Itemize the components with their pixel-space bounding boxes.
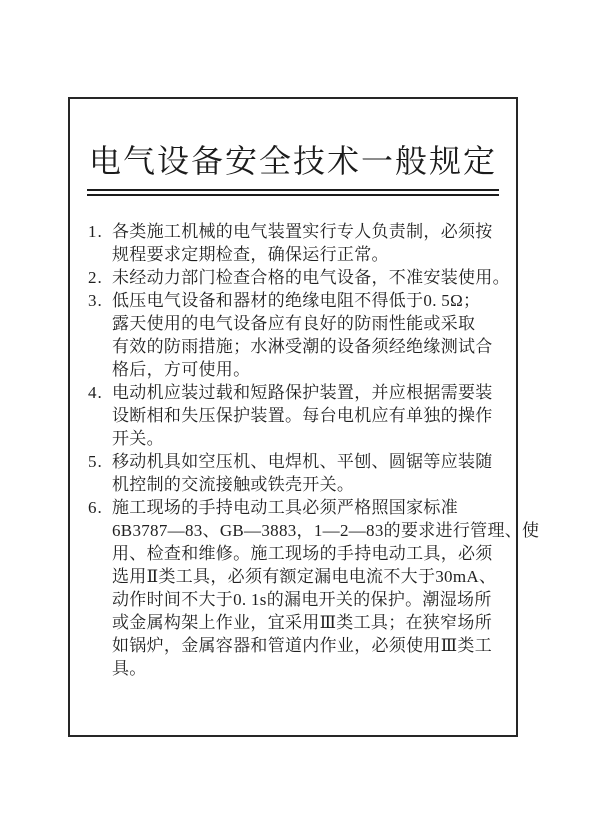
regulation-item: 5.移动机具如空压机、电焊机、平刨、圆锯等应装随机控制的交流接触或铁壳开关。: [88, 450, 512, 496]
document-page: 电气设备安全技术一般规定 1.各类施工机械的电气装置实行专人负责制，必须按规程要…: [0, 0, 590, 835]
item-text-line: 有效的防雨措施；水淋受潮的设备须经绝缘测试合: [112, 335, 512, 358]
item-number: 4.: [88, 381, 112, 404]
regulation-item: 4.电动机应装过载和短路保护装置，并应根据需要装设断相和失压保护装置。每台电机应…: [88, 381, 512, 450]
document-title: 电气设备安全技术一般规定: [87, 136, 499, 196]
regulation-item: 6.施工现场的手持电动工具必须严格照国家标准6B3787—83、GB—3883，…: [88, 496, 512, 680]
item-text-line: 设断相和失压保护装置。每台电机应有单独的操作: [112, 404, 512, 427]
item-number: 5.: [88, 450, 112, 473]
item-text-line: 选用Ⅱ类工具，必须有额定漏电电流不大于30mA、: [112, 565, 512, 588]
item-number: 1.: [88, 220, 112, 243]
item-number: 3.: [88, 289, 112, 312]
title-row: 电气设备安全技术一般规定: [68, 136, 518, 196]
item-text-line: 具。: [112, 657, 512, 680]
item-text-line: 格后，方可使用。: [112, 358, 512, 381]
item-text-line: 机控制的交流接触或铁壳开关。: [112, 473, 512, 496]
regulation-item: 1.各类施工机械的电气装置实行专人负责制，必须按规程要求定期检查，确保运行正常。: [88, 220, 512, 266]
item-text-line: 施工现场的手持电动工具必须严格照国家标准: [112, 496, 512, 519]
item-text-line: 露天使用的电气设备应有良好的防雨性能或采取: [112, 312, 512, 335]
item-text-line: 动作时间不大于0. 1s的漏电开关的保护。潮湿场所: [112, 588, 512, 611]
item-number: 6.: [88, 496, 112, 519]
item-text-line: 或金属构架上作业，宜采用Ⅲ类工具；在狭窄场所: [112, 611, 512, 634]
regulation-item: 3.低压电气设备和器材的绝缘电阻不得低于0. 5Ω；露天使用的电气设备应有良好的…: [88, 289, 512, 381]
regulation-item: 2.未经动力部门检查合格的电气设备，不准安装使用。: [88, 266, 512, 289]
item-text-line: 用、检查和维修。施工现场的手持电动工具，必须: [112, 542, 512, 565]
item-text-line: 6B3787—83、GB—3883，1—2—83的要求进行管理、使: [112, 519, 512, 542]
item-text-line: 开关。: [112, 427, 512, 450]
item-text-line: 低压电气设备和器材的绝缘电阻不得低于0. 5Ω；: [112, 289, 512, 312]
item-text-line: 电动机应装过载和短路保护装置，并应根据需要装: [112, 381, 512, 404]
regulation-list: 1.各类施工机械的电气装置实行专人负责制，必须按规程要求定期检查，确保运行正常。…: [88, 220, 512, 680]
item-text-line: 未经动力部门检查合格的电气设备，不准安装使用。: [112, 266, 512, 289]
item-text-line: 如锅炉，金属容器和管道内作业，必须使用Ⅲ类工: [112, 634, 512, 657]
item-number: 2.: [88, 266, 112, 289]
item-text-line: 移动机具如空压机、电焊机、平刨、圆锯等应装随: [112, 450, 512, 473]
item-text-line: 规程要求定期检查，确保运行正常。: [112, 243, 512, 266]
item-text-line: 各类施工机械的电气装置实行专人负责制，必须按: [112, 220, 512, 243]
